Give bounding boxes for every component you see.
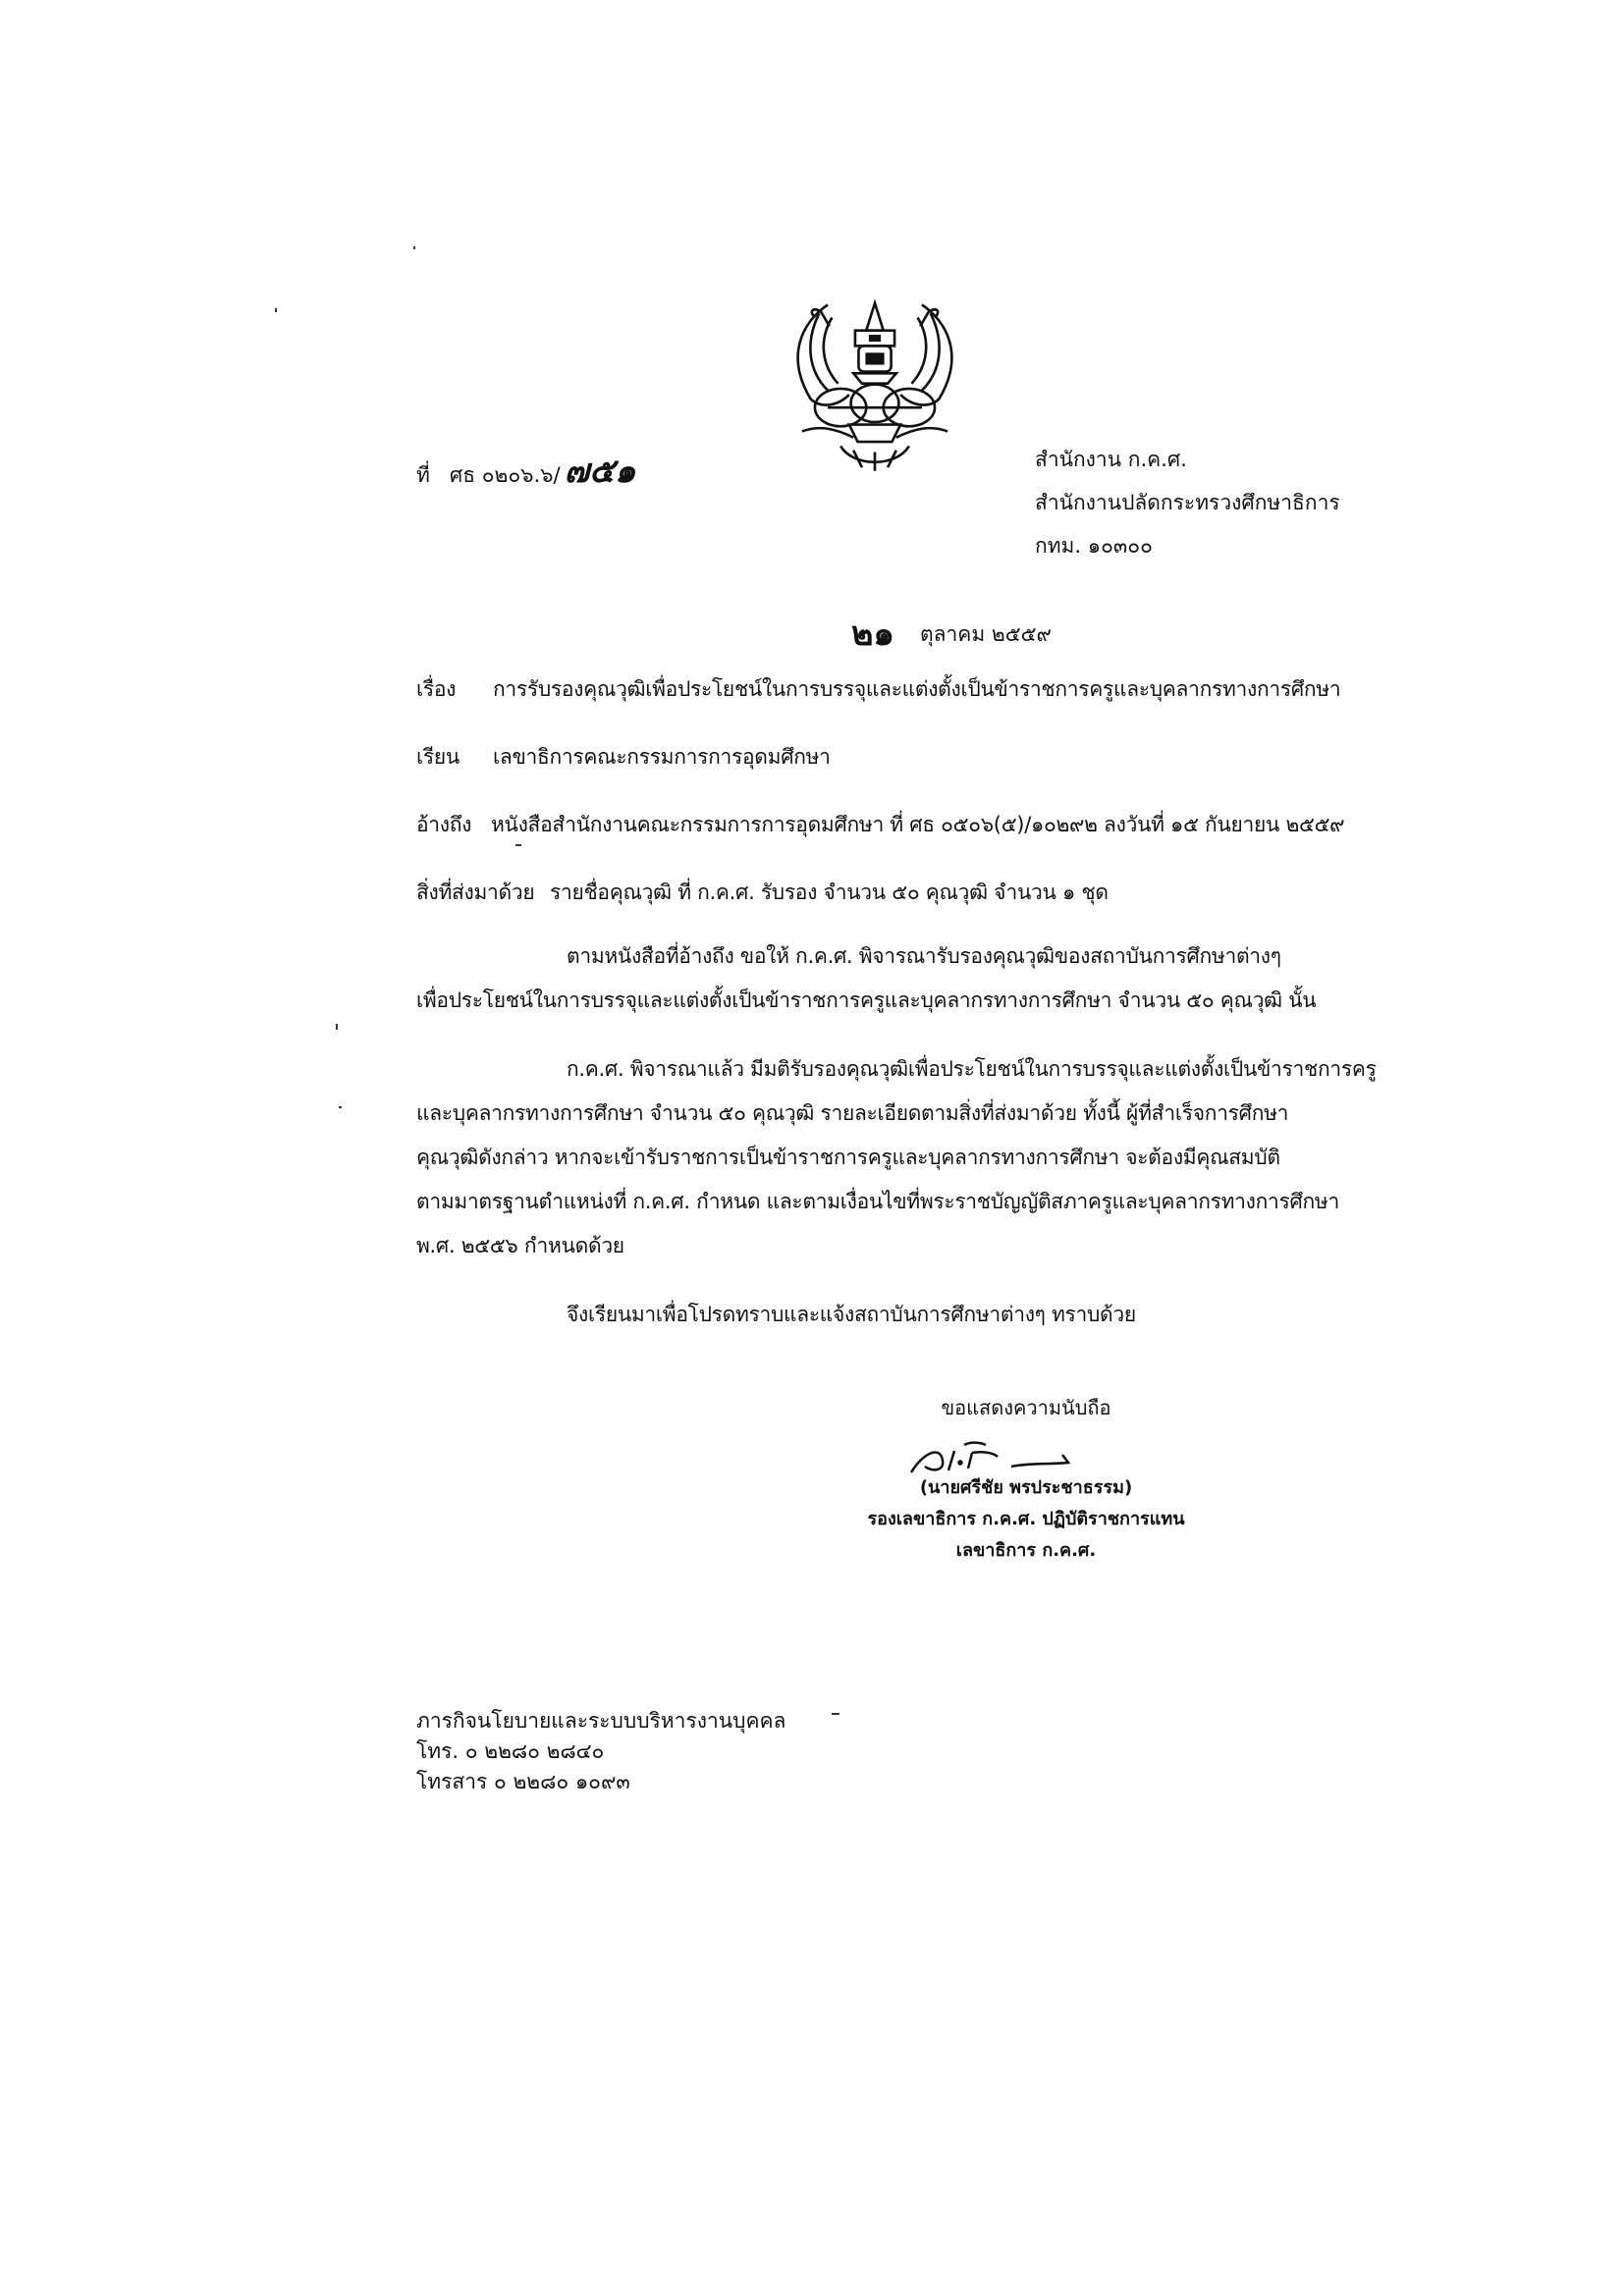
paragraph-2-line-1: ก.ค.ศ. พิจารณาแล้ว มีมติรับรองคุณวุฒิเพื… [567, 1055, 1377, 1083]
scan-speck [275, 308, 277, 312]
scan-speck [413, 246, 415, 249]
paragraph-2-line-4: ตามมาตรฐานตำแหน่งที่ ก.ค.ศ. กำหนด และตาม… [416, 1188, 1339, 1215]
org-line-2: สำนักงานปลัดกระทรวงศึกษาธิการ [1035, 487, 1340, 519]
signatory-title-2: เลขาธิการ ก.ค.ศ. [864, 1535, 1188, 1567]
document-date: ๒๑ตุลาคม ๒๕๕๙ [851, 607, 1052, 660]
scan-speck [832, 1713, 839, 1715]
signatory-name: (นายศรีชัย พรประชาธรรม) [864, 1472, 1188, 1504]
subject-label: เรื่อง [416, 675, 456, 703]
footer-department: ภารกิจนโยบายและระบบบริหารงานบุคคล [416, 1705, 785, 1737]
enclosure-label: สิ่งที่ส่งมาด้วย [416, 879, 534, 906]
paragraph-2-line-3: คุณวุฒิดังกล่าว หากจะเข้ารับราชการเป็นข้… [416, 1144, 1280, 1171]
subject-text: การรับรองคุณวุฒิเพื่อประโยชน์ในการบรรจุแ… [493, 675, 1340, 703]
org-line-3: กทม. ๑๐๓๐๐ [1035, 530, 1153, 562]
document-number-handwritten: ๗๕๑ [565, 452, 636, 491]
paragraph-1-line-1: ตามหนังสือที่อ้างถึง ขอให้ ก.ค.ศ. พิจารณ… [567, 942, 1281, 970]
paragraph-2-line-2: และบุคลากรทางการศึกษา จำนวน ๕๐ คุณวุฒิ ร… [416, 1099, 1288, 1127]
document-number-prefix: ศธ ๐๒๐๖.๖/ [450, 463, 561, 487]
garuda-emblem-icon [768, 279, 982, 485]
reference-label: อ้างถึง [416, 811, 471, 838]
to-label: เรียน [416, 743, 460, 771]
scan-speck [515, 844, 521, 846]
date-month-year: ตุลาคม ๒๕๕๙ [920, 622, 1052, 646]
footer-fax: โทรสาร ๐ ๒๒๘๐ ๑๐๙๓ [416, 1766, 630, 1798]
document-number: ที่ ศธ ๐๒๐๖.๖/๗๕๑ [416, 444, 635, 497]
org-line-1: สำนักงาน ก.ค.ศ. [1035, 444, 1187, 476]
document-number-label: ที่ [416, 463, 430, 487]
reference-text: หนังสือสำนักงานคณะกรรมการการอุดมศึกษา ที… [491, 811, 1344, 838]
signature-block: ขอแสดงความนับถือ (นายศรีชัย พรประชาธรรม)… [864, 1392, 1188, 1567]
scan-speck [339, 1106, 342, 1108]
date-day-handwritten: ๒๑ [851, 614, 894, 654]
to-text: เลขาธิการคณะกรรมการการอุดมศึกษา [493, 743, 831, 771]
paragraph-2-line-5: พ.ศ. ๒๕๕๖ กำหนดด้วย [416, 1232, 624, 1259]
paragraph-1-line-2: เพื่อประโยชน์ในการบรรจุและแต่งตั้งเป็นข้… [416, 987, 1316, 1014]
signatory-title-1: รองเลขาธิการ ก.ค.ศ. ปฏิบัติราชการแทน [864, 1504, 1188, 1535]
footer-phone: โทร. ๐ ๒๒๘๐ ๒๘๔๐ [416, 1735, 604, 1768]
salutation: ขอแสดงความนับถือ [864, 1392, 1188, 1423]
closing-line: จึงเรียนมาเพื่อโปรดทราบและแจ้งสถาบันการศ… [567, 1301, 1136, 1328]
enclosure-text: รายชื่อคุณวุฒิ ที่ ก.ค.ศ. รับรอง จำนวน ๕… [550, 879, 1109, 906]
signature-icon [903, 1433, 1080, 1476]
scan-speck [336, 1024, 338, 1030]
